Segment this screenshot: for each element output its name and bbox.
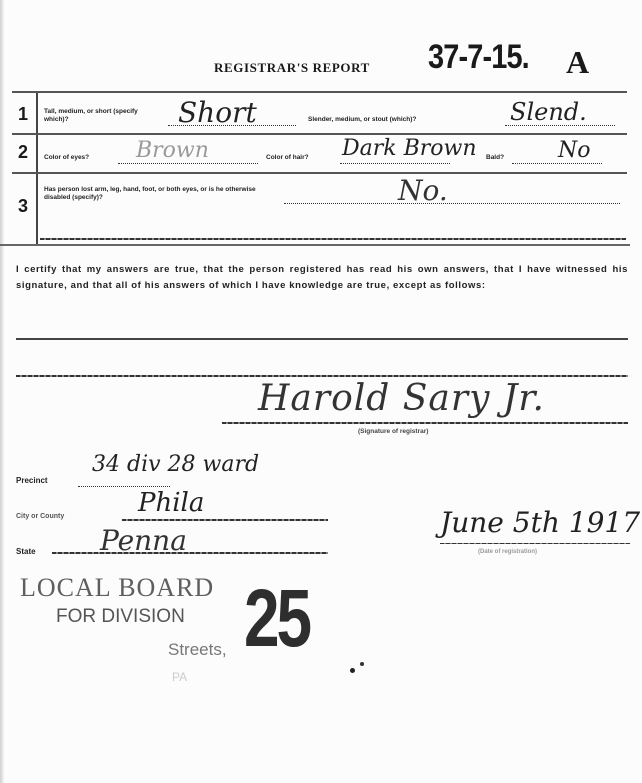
answer-line [284, 202, 620, 204]
field-label: Color of hair? [266, 154, 309, 162]
signature-caption: (Signature of registrar) [358, 428, 428, 436]
date-caption: (Date of registration) [478, 548, 537, 556]
stamp-line-1: LOCAL BOARD [20, 573, 214, 603]
field-label: Slender, medium, or stout (which)? [308, 116, 416, 124]
precinct-value: 34 div 28 ward [92, 452, 259, 477]
number-column-divider [36, 93, 38, 245]
answer-build-height: Short [178, 96, 257, 129]
question-number: 1 [18, 104, 28, 125]
scan-edge [0, 0, 4, 783]
stamp-line-4: PA [172, 670, 187, 684]
ink-mark [350, 668, 355, 673]
question-number: 2 [18, 142, 28, 163]
field-label: Tall, medium, or short (specify which)? [44, 108, 164, 124]
city-line [122, 519, 328, 521]
precinct-line [78, 485, 170, 487]
city-value: Phila [138, 488, 204, 518]
city-label: City or County [16, 513, 64, 521]
row-rule [12, 133, 627, 135]
state-line [52, 552, 328, 554]
row-rule [12, 172, 627, 174]
header-rule [12, 91, 627, 93]
answer-disability: No. [398, 174, 448, 207]
serial-number: 37-7-15. [428, 38, 529, 77]
state-value: Penna [100, 524, 187, 557]
stamp-line-3: Streets, [168, 640, 227, 660]
answer-bald: No [558, 138, 591, 163]
serial-suffix: A [566, 44, 589, 81]
field-label: Color of eyes? [44, 154, 89, 162]
registrar-signature: Harold Sary Jr. [258, 378, 545, 419]
question-number: 3 [18, 196, 28, 217]
state-label: State [16, 548, 36, 556]
board-number: 25 [244, 578, 309, 660]
row-rule [40, 238, 626, 240]
answer-line [340, 162, 450, 164]
field-label: Bald? [486, 154, 504, 162]
stamp-line-2: FOR DIVISION [56, 606, 185, 628]
section-rule [0, 244, 630, 246]
answer-hair-color: Dark Brown [342, 136, 477, 161]
answer-build-weight: Slend. [510, 98, 587, 126]
document-title: REGISTRAR'S REPORT [214, 60, 370, 76]
signature-line [222, 422, 628, 424]
registration-date: June 5th 1917 [440, 506, 640, 539]
field-label: Has person lost arm, leg, hand, foot, or… [44, 186, 280, 202]
exceptions-line-1 [16, 338, 628, 340]
exceptions-line-2 [16, 375, 628, 377]
certification-statement: I certify that my answers are true, that… [16, 262, 628, 294]
date-line [440, 543, 630, 544]
answer-eye-color: Brown [136, 138, 209, 163]
precinct-label: Precinct [16, 477, 48, 485]
ink-mark [360, 662, 364, 666]
